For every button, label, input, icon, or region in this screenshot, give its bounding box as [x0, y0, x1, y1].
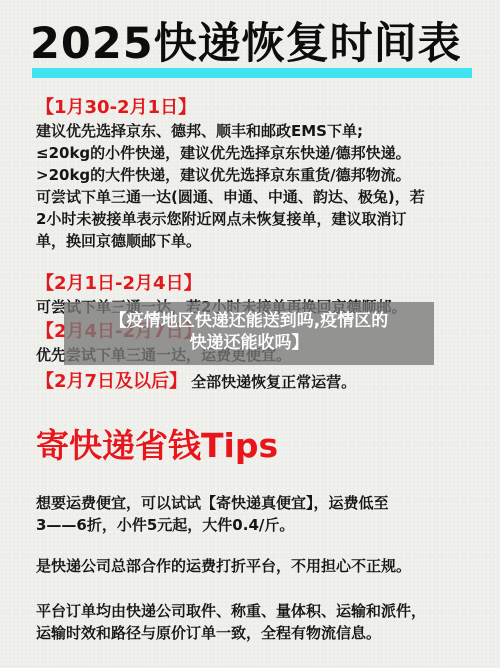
section-header: 【2月1日-2月4日】: [36, 272, 476, 296]
section-feb7-onward: 【2月7日及以后】 全部快递恢复正常运营。: [36, 370, 476, 394]
overlay-banner[interactable]: 【疫情地区快递还能送到吗,疫情区的 快递还能收吗】: [64, 302, 434, 365]
section-line: 单，换回京德顺邮下单。: [36, 230, 476, 252]
section-row: 【2月7日及以后】 全部快递恢复正常运营。: [36, 370, 476, 394]
paragraph-line: 3——6折，小件5元起，大件0.4/斤。: [36, 514, 476, 536]
section-line: 建议优先选择京东、德邦、顺丰和邮政EMS下单;: [36, 120, 476, 142]
overlay-banner-line: 【疫情地区快递还能送到吗,疫情区的: [64, 310, 434, 332]
tips-title: 寄快递省钱Tips: [36, 426, 278, 466]
tips-paragraph-1: 想要运费便宜，可以试试【寄快递真便宜】，运费低至 3——6折，小件5元起，大件0…: [36, 492, 476, 536]
paragraph-line: 平台订单均由快递公司取件、称重、量体积、运输和派件，: [36, 600, 476, 622]
section-line: 2小时未被接单表示您附近网点未恢复接单，建议取消订: [36, 208, 476, 230]
paragraph-line: 运输时效和路径与原价订单一致，全程有物流信息。: [36, 622, 476, 644]
tips-paragraph-3: 平台订单均由快递公司取件、称重、量体积、运输和派件， 运输时效和路径与原价订单一…: [36, 600, 476, 644]
overlay-banner-line: 快递还能收吗】: [64, 332, 434, 354]
section-line: 可尝试下单三通一达(圆通、申通、中通、韵达、极兔)，若: [36, 186, 476, 208]
page-title: 2025快递恢复时间表: [30, 18, 472, 70]
paragraph-line: 想要运费便宜，可以试试【寄快递真便宜】，运费低至: [36, 492, 476, 514]
section-header: 【1月30-2月1日】: [36, 96, 476, 120]
section-inline-text: 全部快递恢复正常运营。: [191, 371, 356, 393]
section-line: >20kg的大件快递，建议优先选择京东重货/德邦物流。: [36, 164, 476, 186]
tips-paragraph-2: 是快递公司总部合作的运费打折平台，不用担心不正规。: [36, 555, 476, 577]
section-line: ≤20kg的小件快递，建议优先选择京东快递/德邦快递。: [36, 142, 476, 164]
section-jan30-feb1: 【1月30-2月1日】 建议优先选择京东、德邦、顺丰和邮政EMS下单; ≤20k…: [36, 96, 476, 252]
page-title-block: 2025快递恢复时间表: [30, 18, 472, 80]
paragraph-line: 是快递公司总部合作的运费打折平台，不用担心不正规。: [36, 555, 476, 577]
section-header: 【2月7日及以后】: [36, 370, 187, 394]
